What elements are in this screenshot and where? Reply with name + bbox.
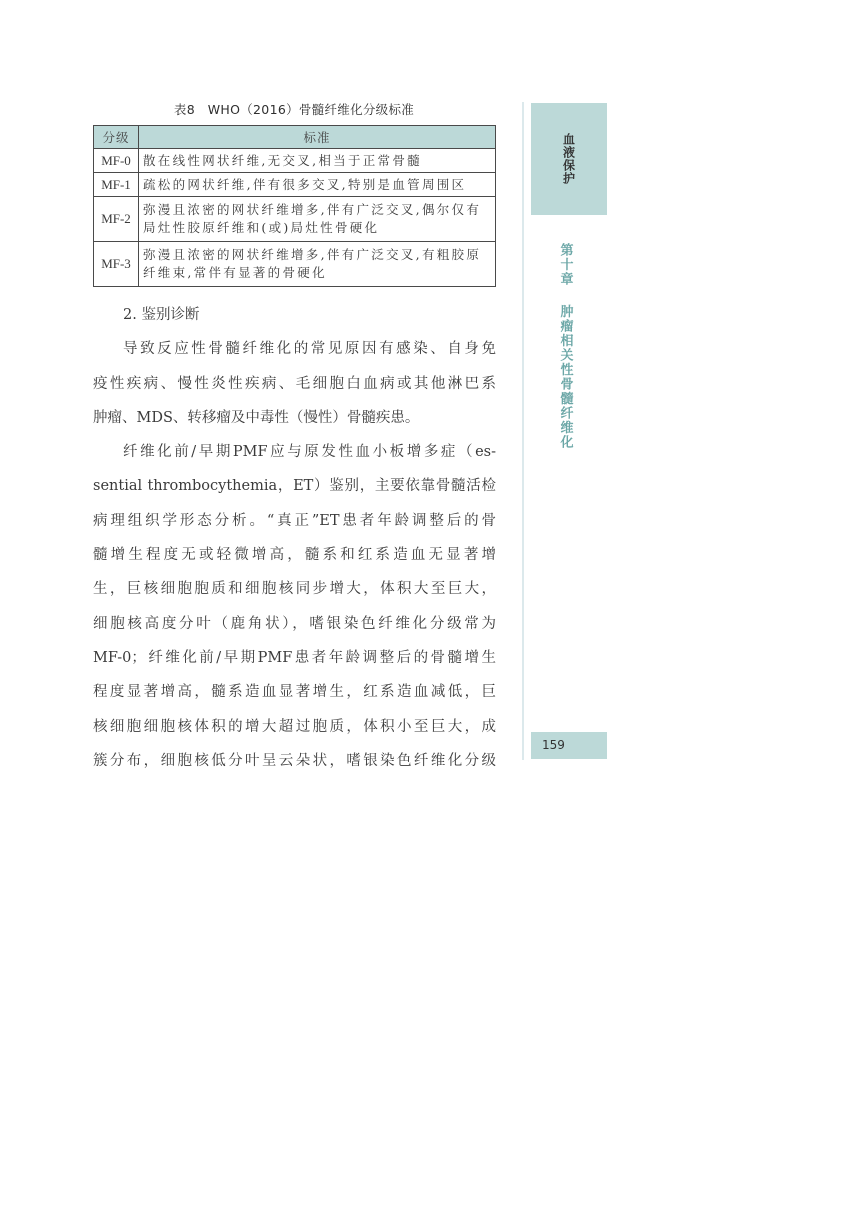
paragraph-line: 程度显著增高，髓系造血显著增生，红系造血减低，巨 — [93, 675, 496, 709]
paragraph-line: 纤维化前/早期PMF应与原发性血小板增多症（es- — [93, 435, 496, 469]
table-header-row: 分级 标准 — [94, 126, 496, 149]
chapter-number: 第十章 — [558, 243, 573, 287]
fibrosis-grading-table: 分级 标准 MF-0 散在线性网状纤维,无交叉,相当于正常骨髓 MF-1 疏松的… — [93, 125, 496, 287]
grade-cell: MF-3 — [94, 242, 139, 287]
paragraph-line: 疫性疾病、慢性炎性疾病、毛细胞白血病或其他淋巴系 — [93, 367, 496, 401]
spacer — [556, 287, 575, 305]
column-header-grade: 分级 — [94, 126, 139, 149]
grade-cell: MF-0 — [94, 149, 139, 173]
criteria-cell: 疏松的网状纤维,伴有很多交叉,特别是血管周围区 — [139, 173, 496, 197]
chapter-label: 第十章 肿瘤相关性骨髓纤维化 — [555, 243, 575, 450]
criteria-cell: 散在线性网状纤维,无交叉,相当于正常骨髓 — [139, 149, 496, 173]
chapter-title: 肿瘤相关性骨髓纤维化 — [558, 305, 573, 450]
margin-divider — [522, 102, 524, 760]
grade-cell: MF-1 — [94, 173, 139, 197]
paragraph-line: 导致反应性骨髓纤维化的常见原因有感染、自身免 — [93, 332, 496, 366]
table-row: MF-0 散在线性网状纤维,无交叉,相当于正常骨髓 — [94, 149, 496, 173]
paragraph-line: 肿瘤、MDS、转移瘤及中毒性（慢性）骨髓疾患。 — [93, 401, 496, 435]
paragraph-line: 细胞核高度分叶（鹿角状），嗜银染色纤维化分级常为 — [93, 607, 496, 641]
paragraph-line: 病理组织学形态分析。“真正”ET患者年龄调整后的骨 — [93, 504, 496, 538]
paragraph-line: sential thrombocythemia，ET）鉴别，主要依靠骨髓活检 — [93, 469, 496, 503]
paragraph-line: MF-0；纤维化前/早期PMF患者年龄调整后的骨髓增生 — [93, 641, 496, 675]
page-number: 159 — [531, 732, 607, 759]
section-title: 血液保护 — [561, 133, 578, 185]
table-row: MF-3 弥漫且浓密的网状纤维增多,伴有广泛交叉,有粗胶原纤维束,常伴有显著的骨… — [94, 242, 496, 287]
paragraph-line: 核细胞细胞核体积的增大超过胞质，体积小至巨大，成 — [93, 710, 496, 744]
table-caption: 表8 WHO（2016）骨髓纤维化分级标准 — [93, 100, 495, 118]
section-heading: 2. 鉴别诊断 — [93, 298, 496, 332]
paragraph-line: 簇分布，细胞核低分叶呈云朵状，嗜银染色纤维化分级 — [93, 744, 496, 778]
table-row: MF-1 疏松的网状纤维,伴有很多交叉,特别是血管周围区 — [94, 173, 496, 197]
paragraph-line: 髓增生程度无或轻微增高，髓系和红系造血无显著增 — [93, 538, 496, 572]
section-tab: 血液保护 — [531, 103, 607, 215]
table-row: MF-2 弥漫且浓密的网状纤维增多,伴有广泛交叉,偶尔仅有局灶性胶原纤维和(或)… — [94, 197, 496, 242]
paragraph-line: 生，巨核细胞胞质和细胞核同步增大，体积大至巨大， — [93, 572, 496, 606]
criteria-cell: 弥漫且浓密的网状纤维增多,伴有广泛交叉,有粗胶原纤维束,常伴有显著的骨硬化 — [139, 242, 496, 287]
body-text: 2. 鉴别诊断 导致反应性骨髓纤维化的常见原因有感染、自身免 疫性疾病、慢性炎性… — [93, 298, 496, 778]
column-header-criteria: 标准 — [139, 126, 496, 149]
criteria-cell: 弥漫且浓密的网状纤维增多,伴有广泛交叉,偶尔仅有局灶性胶原纤维和(或)局灶性骨硬… — [139, 197, 496, 242]
grade-cell: MF-2 — [94, 197, 139, 242]
